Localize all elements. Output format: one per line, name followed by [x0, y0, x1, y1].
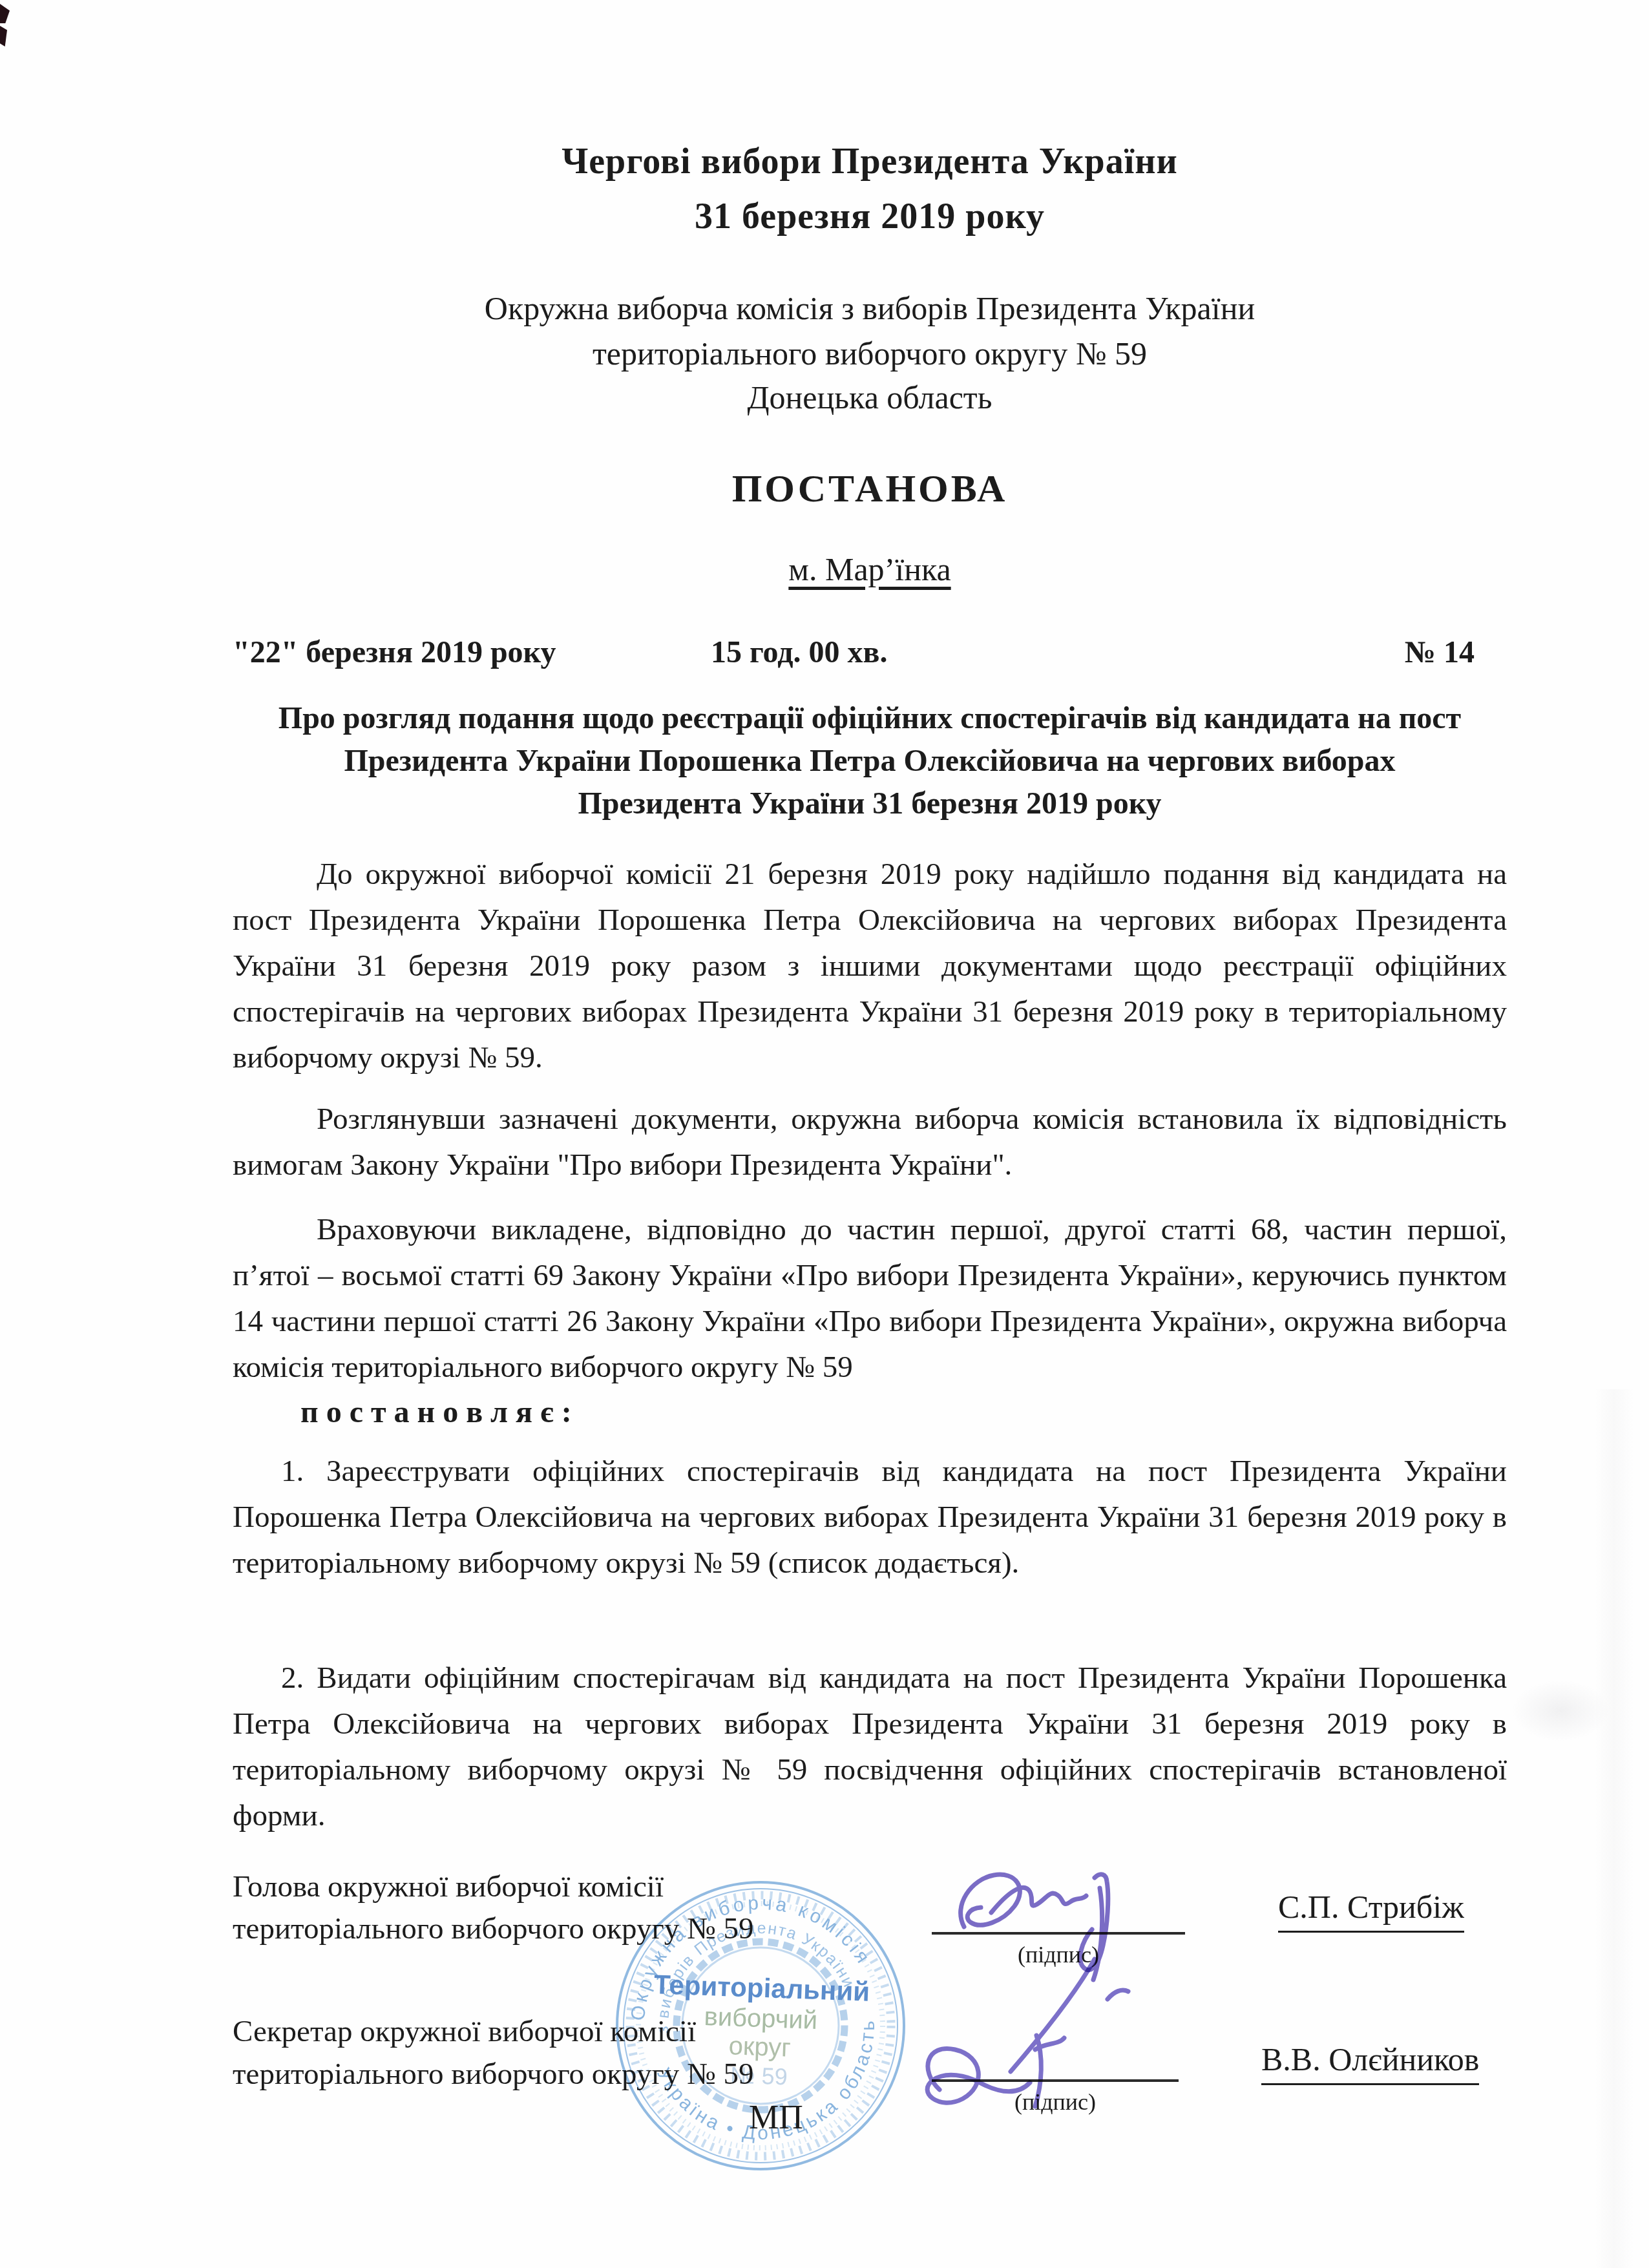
- paragraph-3: Враховуючи викладене, відповідно до част…: [233, 1207, 1507, 1391]
- svg-text:№ 59: № 59: [730, 2061, 788, 2090]
- meta-row: "22" березня 2019 року 15 год. 00 хв. № …: [233, 635, 1507, 673]
- svg-text:виборчий: виборчий: [704, 2002, 818, 2035]
- resolution-item-2: 2. Видати офіційним спостерігачам від ка…: [233, 1655, 1507, 1839]
- resolution-item-1: 1. Зареєструвати офіційних спостерігачів…: [233, 1449, 1507, 1586]
- document-title-line1: Чергові вибори Президента України: [233, 141, 1507, 182]
- subject-line3: Президента України 31 березня 2019 року: [233, 783, 1507, 824]
- signer1-name: С.П. Стрибіж: [1278, 1888, 1464, 1933]
- svg-text:округ: округ: [728, 2032, 792, 2062]
- scan-streak: [1595, 1389, 1633, 2268]
- meta-time: 15 год. 00 хв.: [711, 635, 887, 670]
- document-type-heading: ПОСТАНОВА: [233, 467, 1507, 511]
- place-name: м. Мар’їнка: [788, 551, 951, 587]
- subject-line1: Про розгляд подання щодо реєстрації офіц…: [233, 698, 1507, 739]
- meta-number: № 14: [1405, 635, 1475, 670]
- scan-artifact-corner: [0, 4, 10, 23]
- org-name-line1: Окружна виборча комісія з виборів Презид…: [233, 289, 1507, 327]
- handwritten-signature-2: [899, 1953, 1177, 2134]
- signer2-name: В.В. Олєйников: [1261, 2041, 1479, 2085]
- document-title-line2: 31 березня 2019 року: [233, 196, 1507, 237]
- org-name-line3: Донецька область: [233, 379, 1507, 416]
- mp-seal-label: МП: [740, 2099, 812, 2137]
- meta-date: "22" березня 2019 року: [233, 635, 556, 670]
- resolves-label: п о с т а н о в л я є :: [300, 1394, 572, 1430]
- place-line: м. Мар’їнка: [233, 551, 1507, 588]
- paragraph-2: Розглянувши зазначені документи, окружна…: [233, 1097, 1507, 1188]
- paragraph-1: До окружної виборчої комісії 21 березня …: [233, 852, 1507, 1081]
- scan-artifact-corner: [0, 26, 7, 47]
- scanned-document-page: Чергові вибори Президента України 31 бер…: [0, 0, 1649, 2268]
- org-name-line2: територіального виборчого округу № 59: [233, 335, 1507, 372]
- subject-line2: Президента України Порошенка Петра Олекс…: [233, 740, 1507, 782]
